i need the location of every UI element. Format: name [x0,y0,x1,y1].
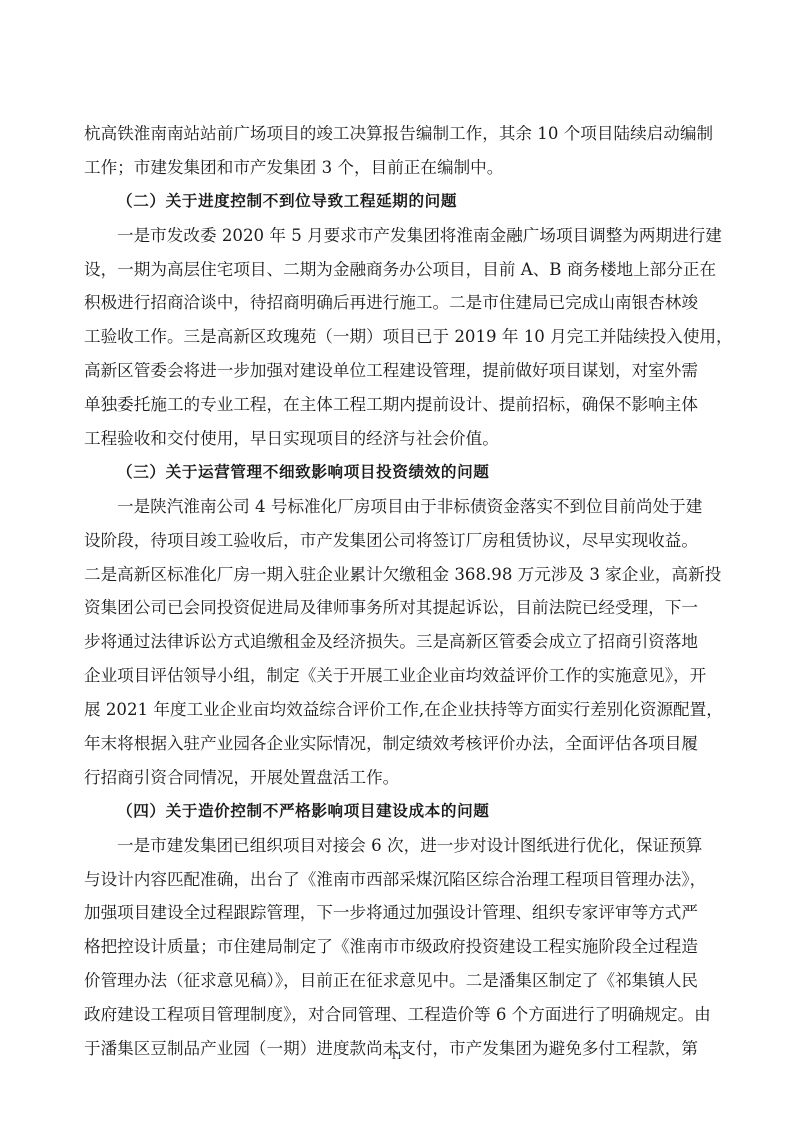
paragraph-start-line: 一是市建发集团已组织项目对接会 6 次，进一步对设计图纸进行优化，保证预算 [84,829,680,863]
page-number: 11 [0,1048,793,1063]
body-line: 设，一期为高层住宅项目、二期为金融商务办公项目，目前 A、B 商务楼地上部分正在 [84,253,680,287]
section-heading: （四）关于造价控制不严格影响项目建设成本的问题 [84,795,680,829]
body-line: 积极进行招商洽谈中，待招商明确后再进行施工。二是市住建局已完成山南银杏林竣 [84,286,680,320]
section-heading: （二）关于进度控制不到位导致工程延期的问题 [84,185,680,219]
paragraph-start-line: 一是陕汽淮南公司 4 号标准化厂房项目由于非标债资金落实不到位目前尚处于建 [84,490,680,524]
body-line: 价管理办法（征求意见稿）》，目前正在征求意见中。二是潘集区制定了《祁集镇人民 [84,964,680,998]
body-line: 展 2021 年度工业企业亩均效益综合评价工作,在企业扶持等方面实行差别化资源配… [84,693,680,727]
paragraph-start-line: 一是市发改委 2020 年 5 月要求市产发集团将淮南金融广场项目调整为两期进行… [84,219,680,253]
body-line: 与设计内容匹配准确，出台了《淮南市西部采煤沉陷区综合治理工程项目管理办法》， [84,863,680,897]
body-line: 格把控设计质量；市住建局制定了《淮南市市级政府投资建设工程实施阶段全过程造 [84,930,680,964]
body-line: 高新区管委会将进一步加强对建设单位工程建设管理，提前做好项目谋划，对室外需 [84,354,680,388]
body-line: 工作；市建发集团和市产发集团 3 个，目前正在编制中。 [84,151,680,185]
body-line: 企业项目评估领导小组，制定《关于开展工业企业亩均效益评价工作的实施意见》，开 [84,659,680,693]
body-line: 年末将根据入驻产业园各企业实际情况，制定绩效考核评价办法，全面评估各项目履 [84,727,680,761]
document-page: 杭高铁淮南南站站前广场项目的竣工决算报告编制工作，其余 10 个项目陆续启动编制… [84,117,680,1066]
body-line: 行招商引资合同情况，开展处置盘活工作。 [84,761,680,795]
body-line: 设阶段，待项目竣工验收后，市产发集团公司将签订厂房租赁协议，尽早实现收益。 [84,524,680,558]
body-line: 单独委托施工的专业工程，在主体工程工期内提前设计、提前招标，确保不影响主体 [84,388,680,422]
body-line: 工程验收和交付使用，早日实现项目的经济与社会价值。 [84,422,680,456]
body-line: 工验收工作。三是高新区玫瑰苑（一期）项目已于 2019 年 10 月完工并陆续投… [84,320,680,354]
body-line: 杭高铁淮南南站站前广场项目的竣工决算报告编制工作，其余 10 个项目陆续启动编制 [84,117,680,151]
section-heading: （三）关于运营管理不细致影响项目投资绩效的问题 [84,456,680,490]
body-line: 加强项目建设全过程跟踪管理，下一步将通过加强设计管理、组织专家评审等方式严 [84,896,680,930]
body-line: 二是高新区标准化厂房一期入驻企业累计欠缴租金 368.98 万元涉及 3 家企业… [84,558,680,592]
body-line: 资集团公司已会同投资促进局及律师事务所对其提起诉讼，目前法院已经受理，下一 [84,591,680,625]
body-line: 政府建设工程项目管理制度》，对合同管理、工程造价等 6 个方面进行了明确规定。由 [84,998,680,1032]
body-line: 步将通过法律诉讼方式追缴租金及经济损失。三是高新区管委会成立了招商引资落地 [84,625,680,659]
